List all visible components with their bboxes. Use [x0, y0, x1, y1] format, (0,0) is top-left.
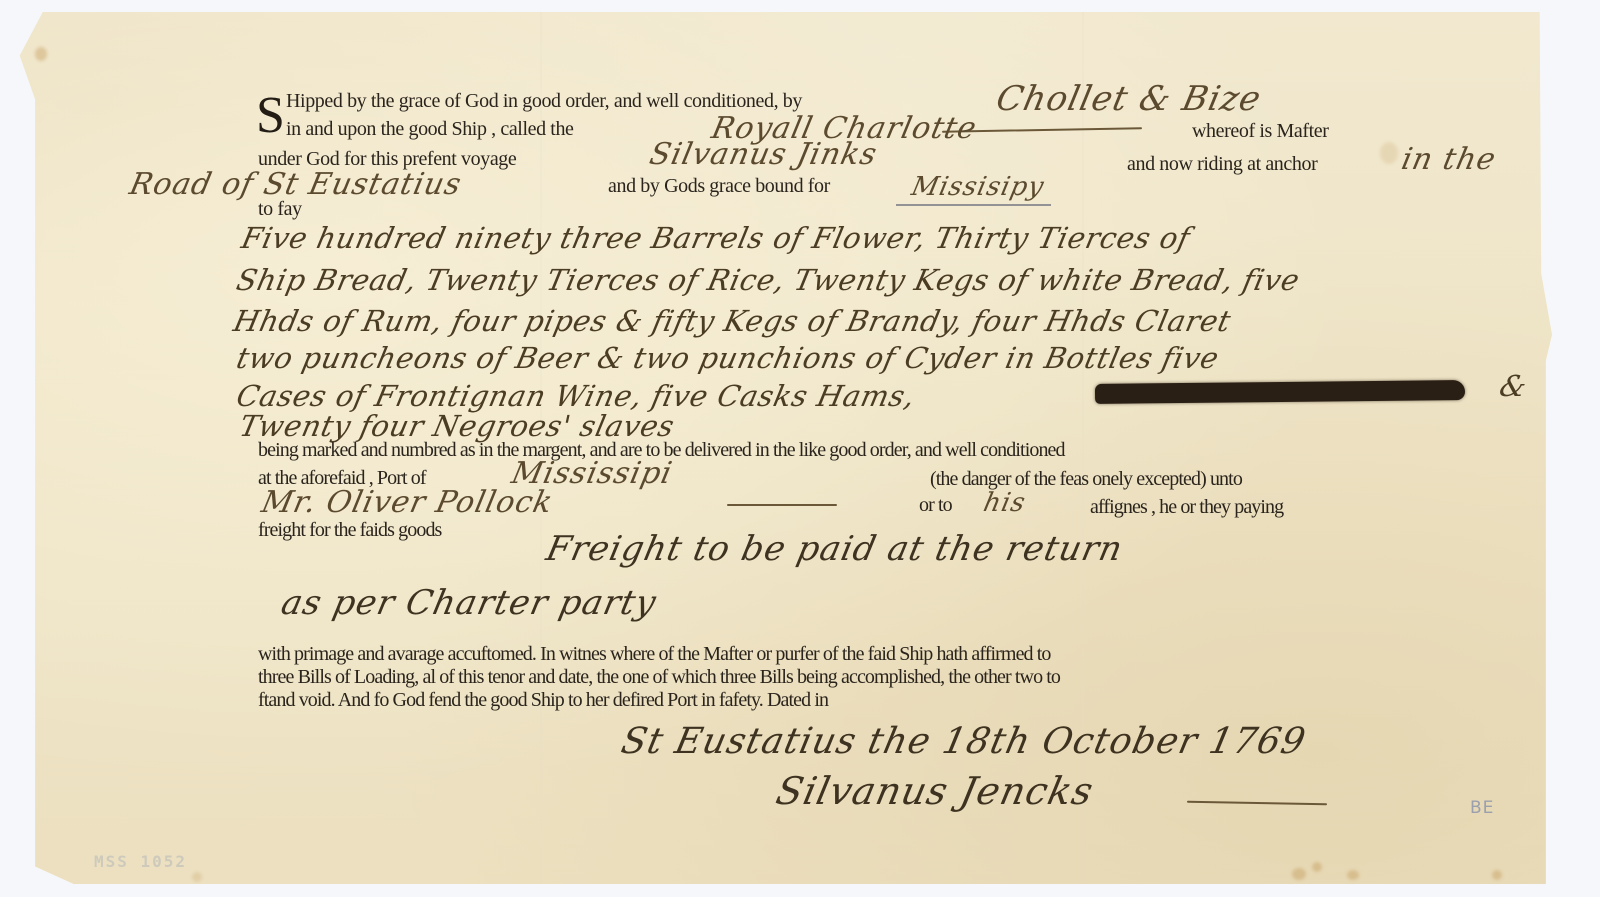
printed-line-8b: affignes , he or they paying: [1090, 497, 1283, 517]
foxing-stain: [35, 47, 47, 61]
printed-line-3a: under God for this prefent voyage: [258, 149, 516, 169]
foxing-stain: [192, 872, 202, 882]
printed-line-7b: (the danger of the feas onely excepted) …: [930, 469, 1242, 489]
handwritten-shipper: Chollet & Bize: [993, 82, 1264, 116]
cargo-line-6: Twenty four Negroes' slaves: [237, 412, 677, 441]
handwritten-master: Silvanus Jinks: [647, 140, 880, 170]
printed-line-3b: and now riding at anchor: [1127, 154, 1317, 174]
bill-of-lading-page: S Hipped by the grace of God in good ord…: [12, 12, 1552, 884]
cargo-line-1: Five hundred ninety three Barrels of Flo…: [239, 224, 1193, 253]
handwritten-consignee: Mr. Oliver Pollock: [259, 488, 556, 518]
printed-line-2a: in and upon the good Ship , called the: [286, 119, 574, 139]
drop-cap: S: [256, 90, 285, 142]
printed-line-11: three Bills of Loading, al of this tenor…: [258, 667, 1060, 687]
foxing-stain: [1347, 870, 1359, 880]
ink-strikethrough: [1095, 380, 1465, 404]
foxing-stain: [1380, 142, 1398, 164]
foxing-stain: [1312, 862, 1322, 872]
foxing-stain: [1292, 868, 1306, 880]
handwritten-signature: Silvanus Jencks: [773, 772, 1097, 810]
handwritten-anchorage-tail: in the: [1399, 145, 1499, 175]
signature-flourish: [1187, 801, 1327, 805]
handwritten-date-place: St Eustatius the 18th October 1769: [618, 724, 1309, 760]
handwritten-freight-line-1: Freight to be paid at the return: [543, 532, 1126, 566]
cargo-line-2: Ship Bread, Twenty Tierces of Rice, Twen…: [234, 266, 1302, 295]
handwritten-assigns: his: [981, 490, 1028, 516]
handwritten-anchorage: Road of St Eustatius: [127, 170, 464, 200]
handwritten-freight-line-2: as per Charter party: [278, 586, 659, 620]
foxing-stain: [1492, 870, 1502, 880]
printed-line-5: to fay: [258, 199, 302, 219]
faint-stamp: MSS 1052: [94, 852, 187, 871]
cargo-line-5: Cases of Frontignan Wine, five Casks Ham…: [234, 382, 918, 411]
printed-line-4a: and by Gods grace bound for: [608, 176, 830, 196]
printed-line-9: freight for the faids goods: [258, 520, 441, 540]
flourish-line: [727, 504, 837, 506]
printed-line-10: with primage and avarage accuftomed. In …: [258, 644, 1051, 664]
pencil-annotation: BE: [1470, 798, 1494, 818]
cargo-line-4: two puncheons of Beer & two punchions of…: [234, 344, 1222, 373]
cargo-ampersand: &: [1497, 372, 1530, 401]
printed-line-8a: or to: [919, 495, 952, 515]
printed-line-1: Hipped by the grace of God in good order…: [286, 91, 802, 111]
printed-line-2b: whereof is Mafter: [1192, 121, 1328, 141]
printed-line-12: ftand void. And fo God fend the good Shi…: [258, 690, 828, 710]
pencil-underline: [896, 204, 1051, 206]
cargo-line-3: Hhds of Rum, four pipes & fifty Kegs of …: [231, 307, 1234, 336]
handwritten-destination: Missisipy: [909, 174, 1046, 200]
